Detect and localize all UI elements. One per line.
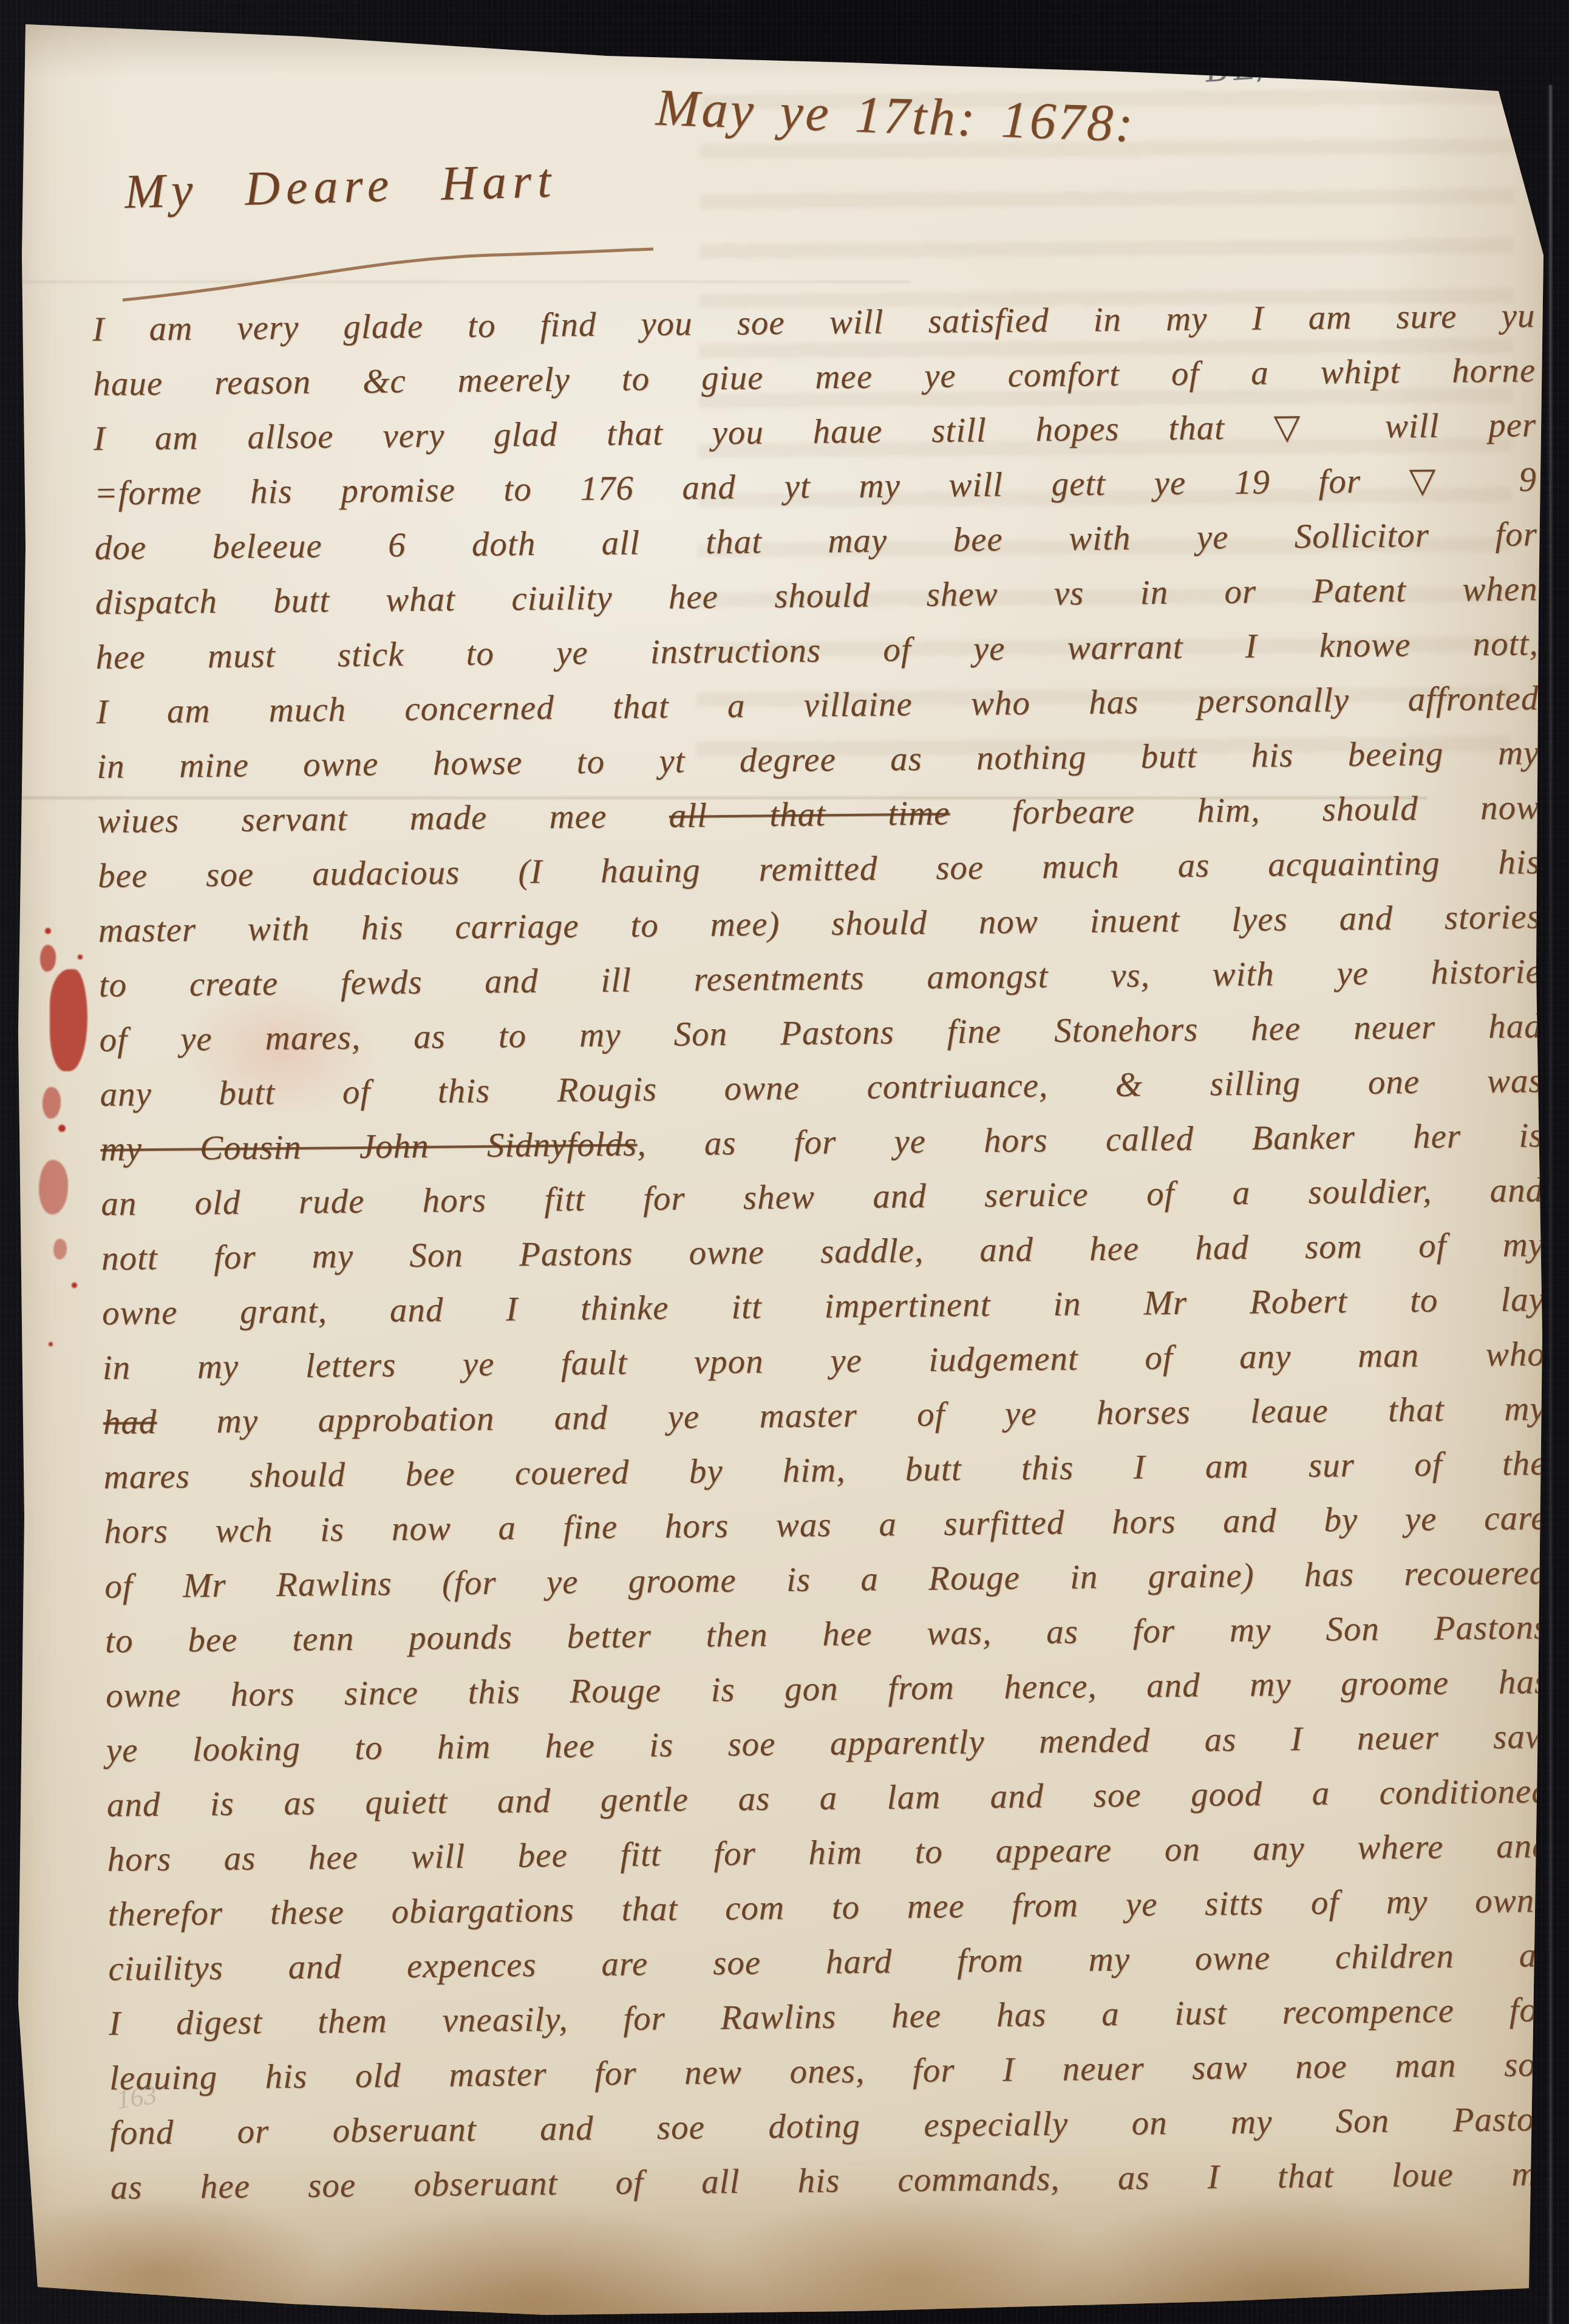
red-wax-speck: [58, 1125, 66, 1132]
red-wax-stain: [53, 1239, 67, 1259]
red-wax-stain: [50, 969, 87, 1071]
red-wax-speck: [45, 928, 51, 934]
letter-body: I am very glade to find you soe will sat…: [92, 288, 1553, 2215]
red-wax-speck: [49, 1342, 53, 1346]
red-wax-stain: [40, 945, 56, 972]
letter-page: BL/4/2/76. May ye 17th: 1678: My Deare H…: [0, 0, 1569, 2324]
corner-pencil-mark: 163: [115, 2079, 158, 2116]
salutation-flourish: [121, 248, 656, 302]
red-wax-stain: [43, 1087, 61, 1119]
salutation: My Deare Hart: [124, 154, 557, 220]
red-wax-speck: [72, 1283, 77, 1288]
adjacent-leaf-edge: [1549, 85, 1552, 2324]
red-wax-speck: [78, 955, 83, 959]
red-wax-stain: [39, 1160, 68, 1215]
